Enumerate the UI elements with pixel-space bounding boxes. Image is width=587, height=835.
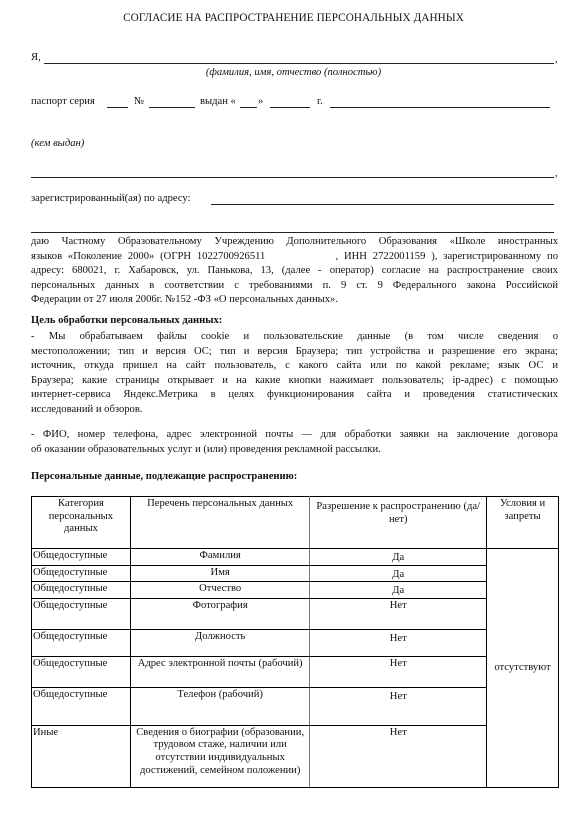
category-cell: Общедоступные [32, 598, 131, 629]
item-cell: Фотография [130, 598, 310, 629]
purpose-line: - ФИО, номер телефона, адрес электронной… [31, 428, 558, 443]
category-cell: Общедоступные [32, 629, 131, 656]
purpose-line: источник, откуда пришел на сайт пользова… [31, 359, 558, 374]
purpose-heading: Цель обработки персональных данных: [31, 315, 222, 326]
permission-cell: Нет [310, 656, 487, 687]
table-header-row: Категория персональных данных Перечень п… [32, 497, 559, 549]
issued-year-field[interactable] [330, 107, 550, 108]
permission-cell: Нет [310, 629, 487, 656]
item-cell: Должность [130, 629, 310, 656]
permission-cell: Нет [310, 598, 487, 629]
registered-address-field[interactable] [211, 204, 554, 205]
purpose-line: интернет-сервиса Яндекс.Метрика в целях … [31, 388, 558, 403]
i-label: Я, [31, 52, 41, 63]
consent-line: Федерации от 27 июля 2006г. №152 -ФЗ «О … [31, 293, 558, 308]
item-cell: Фамилия [130, 549, 310, 566]
purpose-line: Браузера; какие страницы открывает и на … [31, 374, 558, 389]
table-row: Общедоступные Телефон (рабочий) Нет [32, 687, 559, 725]
item-cell: Имя [130, 565, 310, 582]
registered-address-field-2[interactable] [31, 232, 554, 233]
table-row: Общедоступные Фамилия Да отсутствуют [32, 549, 559, 566]
category-cell: Иные [32, 725, 131, 787]
issued-close-quote: » [258, 96, 263, 107]
document-title: СОГЛАСИЕ НА РАСПРОСТРАНЕНИЕ ПЕРСОНАЛЬНЫХ… [0, 12, 587, 24]
item-cell: Сведения о биографии (образовании, трудо… [130, 725, 310, 787]
item-cell: Телефон (рабочий) [130, 687, 310, 725]
consent-line: даю Частному Образовательному Учреждению… [31, 235, 558, 250]
permission-cell: Да [310, 582, 487, 599]
issued-month-field[interactable] [270, 107, 310, 108]
fio-hint: (фамилия, имя, отчество (полностью) [0, 67, 587, 78]
column-header: Условия и запреты [487, 497, 559, 549]
item-cell: Адрес электронной почты (рабочий) [130, 656, 310, 687]
permission-cell: Да [310, 549, 487, 566]
permission-cell: Нет [310, 725, 487, 787]
consent-line: языков «Поколение 2000» (ОГРН 1022700926… [31, 250, 558, 265]
purpose-line: местоположении; тип и версия ОС; тип и в… [31, 345, 558, 360]
year-label: г. [317, 96, 323, 107]
category-cell: Общедоступные [32, 565, 131, 582]
category-cell: Общедоступные [32, 549, 131, 566]
category-cell: Общедоступные [32, 656, 131, 687]
purpose-item-1: - Мы обрабатываем файлы cookie и пользов… [31, 330, 558, 418]
permission-cell: Нет [310, 687, 487, 725]
purpose-line: исследований и обзоров. [31, 403, 558, 418]
issued-by-field[interactable] [31, 177, 554, 178]
table-heading: Персональные данные, подлежащие распрост… [31, 471, 297, 482]
table-row: Общедоступные Отчество Да [32, 582, 559, 599]
column-header: Категория персональных данных [32, 497, 131, 549]
consent-line: персональных данных в соответствии с тре… [31, 279, 558, 294]
issued-by-hint: (кем выдан) [31, 138, 84, 149]
passport-series-label: паспорт серия [31, 96, 95, 107]
consent-paragraph: даю Частному Образовательному Учреждению… [31, 235, 558, 308]
table-row: Иные Сведения о биографии (образовании, … [32, 725, 559, 787]
item-cell: Отчество [130, 582, 310, 599]
table-row: Общедоступные Должность Нет [32, 629, 559, 656]
purpose-line: об оказании образовательных услуг и (или… [31, 443, 558, 458]
issued-day-field[interactable] [240, 107, 257, 108]
table-row: Общедоступные Адрес электронной почты (р… [32, 656, 559, 687]
category-cell: Общедоступные [32, 582, 131, 599]
issued-label: выдан « [200, 96, 236, 107]
column-header: Разрешение к распространению (да/нет) [310, 497, 487, 549]
table-row: Общедоступные Имя Да [32, 565, 559, 582]
conditions-cell: отсутствуют [487, 549, 559, 788]
purpose-item-2: - ФИО, номер телефона, адрес электронной… [31, 428, 558, 457]
passport-series-field[interactable] [107, 107, 128, 108]
consent-line: адресу: 680021, г. Хабаровск, ул. Панько… [31, 264, 558, 279]
personal-data-table: Категория персональных данных Перечень п… [31, 496, 559, 788]
category-cell: Общедоступные [32, 687, 131, 725]
fio-field[interactable] [44, 63, 554, 64]
registered-address-label: зарегистрированный(ая) по адресу: [31, 193, 191, 204]
permission-cell: Да [310, 565, 487, 582]
column-header: Перечень персональных данных [130, 497, 310, 549]
passport-number-field[interactable] [149, 107, 195, 108]
purpose-line: - Мы обрабатываем файлы cookie и пользов… [31, 330, 558, 345]
table-row: Общедоступные Фотография Нет [32, 598, 559, 629]
passport-number-label: № [134, 96, 144, 107]
fio-trailing-comma: , [555, 54, 558, 65]
issued-by-trailing-comma: , [555, 168, 558, 179]
